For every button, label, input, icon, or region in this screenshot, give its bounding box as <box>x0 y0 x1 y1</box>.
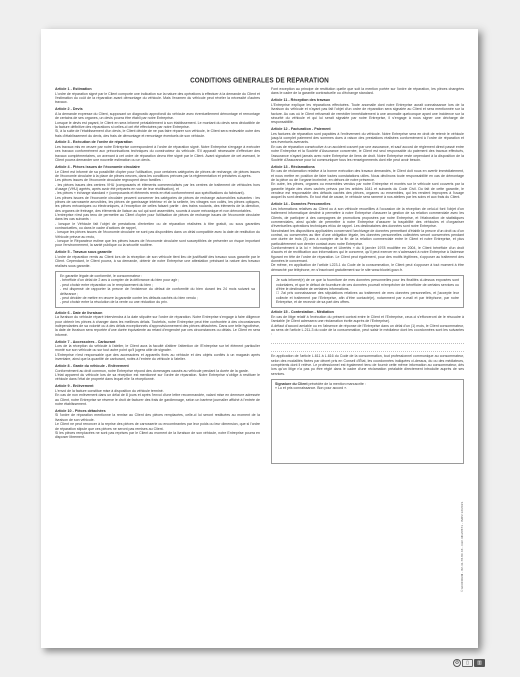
article-paragraph: Les travaux mis en œuvre par notre Entre… <box>55 145 260 162</box>
article-section: Article 11 - Réception des travauxL'Entr… <box>271 98 464 124</box>
left-column: Article 1 - EstimationL'ordre de réparat… <box>55 87 260 442</box>
article-section: Article 12 - Facturation - PaiementLes f… <box>271 127 464 162</box>
article-paragraph: L'état apparent du véhicule lors de sa r… <box>55 373 260 382</box>
article-paragraph: Lorsque le devis est payant, le Client e… <box>55 121 260 130</box>
article-paragraph: De même, en application de l'article L22… <box>271 263 464 272</box>
article-paragraph: L'ordre de réparation signé par le Clien… <box>55 92 260 105</box>
article-section: Article 7 - Accessoires - CarburantLors … <box>55 340 260 362</box>
article-section: Article 14 - Données PersonnellesLes inf… <box>271 202 464 272</box>
article-paragraph: A défaut d'accord amiable ou en l'absenc… <box>271 324 464 337</box>
document-page: CONDITIONS GENERALES DE REPARATION Artic… <box>41 29 478 648</box>
article-paragraph: En cas de réclamation relative à la bonn… <box>271 169 464 182</box>
form-reference: © EDIFORM - 82.41.78.80 43 - Réf. M12057… <box>460 502 464 592</box>
article-paragraph: En cas de réparation consécutive à un ac… <box>271 145 464 162</box>
mediator-fill-line[interactable] <box>271 345 464 352</box>
article-paragraph: Les informations relatives au Client ou … <box>271 207 464 229</box>
box-line: - peut choisir entre la résolution de la… <box>60 300 255 304</box>
article-section: Font exception au principe de restitutio… <box>271 87 464 96</box>
article-paragraph: Nonobstant les dispositions applicables … <box>271 229 464 246</box>
article-section: Article 1 - EstimationL'ordre de réparat… <box>55 87 260 105</box>
right-column: Font exception au principe de restitutio… <box>271 87 464 464</box>
article-section: Article 4 - Pièces issues de l'économie … <box>55 165 260 248</box>
paper-icon: ▯ <box>462 659 473 667</box>
signature-box[interactable]: Signature du Client précédée de la menti… <box>271 379 464 464</box>
article-section: Article 2 - DevisA la demande expresse d… <box>55 107 260 138</box>
article-paragraph: L'Entreprise n'est responsable que des a… <box>55 353 260 362</box>
article-paragraph: La livraison du véhicule réparé intervie… <box>55 315 260 337</box>
page-title: CONDITIONS GENERALES DE REPARATION <box>41 76 478 84</box>
article-section: Article 15 - Contestation - MédiationEn … <box>271 310 464 351</box>
article-paragraph: - lorsque les pièces issues de l'économi… <box>55 230 260 239</box>
signature-label-rest: précédée de la mention manuscrite : <box>308 382 366 386</box>
article-paragraph: - les pièces issues des centres VHU (com… <box>55 183 260 192</box>
article-paragraph: Si les pièces remplacées ne sont pas rep… <box>55 431 260 440</box>
article-paragraph: Si l'ordre de réparation mentionne la re… <box>55 413 260 422</box>
mediator-fill-line[interactable] <box>271 337 464 344</box>
article-paragraph: A la demande expresse du Client, supposa… <box>55 112 260 121</box>
box-line: - est dispensé de rapporter la preuve de… <box>60 287 255 296</box>
article-paragraph: Le Client est informé de sa possibilité … <box>55 170 260 179</box>
info-box: Je suis informé(e) de ce que la fournitu… <box>271 275 464 308</box>
signature-label-bold: Signature du Client <box>275 382 308 386</box>
article-section: Article 8 - Garde du véhicule - Enlèveme… <box>55 364 260 382</box>
trash-bin-icon: ▥ <box>474 659 485 667</box>
article-paragraph: En cas de litige relatif à l'exécution d… <box>271 315 464 324</box>
article-paragraph: Les pièces issues de l'économie circulai… <box>55 196 260 213</box>
article-paragraph: En application de l'article L.611 à L.61… <box>271 354 464 376</box>
article-section: Article 5 - Travaux sous garantieL'ordre… <box>55 250 260 268</box>
article-paragraph: Font exception au principe de restitutio… <box>271 87 464 96</box>
article-paragraph: Si, à la suite de l'établissement d'un d… <box>55 129 260 138</box>
box-line: Je suis informé(e) de ce que la fournitu… <box>276 278 459 291</box>
article-paragraph: Lors de la réception du véhicule à l'ate… <box>55 344 260 353</box>
recycle-icon: ♻ <box>453 659 461 667</box>
article-paragraph: L'ordre de réparation remis au Client lo… <box>55 255 260 268</box>
article-paragraph: L'Entreprise explique les réparations ef… <box>271 103 464 125</box>
article-section: Article 6 - Date de livraisonLa livraiso… <box>55 311 260 337</box>
box-line: ☐ J'ai pris connaissance des stipulation… <box>276 291 459 304</box>
article-paragraph: En cas de non enlèvement dans un délai d… <box>55 393 260 406</box>
article-paragraph: - lorsque le Véhicule fait l'objet de pr… <box>55 222 260 231</box>
article-paragraph: - lorsque le Réparateur estime que les p… <box>55 239 260 248</box>
article-paragraph: Conformément à la loi « Informatique et … <box>271 246 464 263</box>
info-box: En garantie légale de conformité, le con… <box>55 271 260 308</box>
article-section: En application de l'article L.611 à L.61… <box>271 354 464 376</box>
article-section: Article 10 - Pièces détachéesSi l'ordre … <box>55 409 260 440</box>
article-section: Article 9 - EnlèvementL'envoi de la fact… <box>55 384 260 406</box>
article-paragraph: En outre, les pièces, organes ou ensembl… <box>271 182 464 199</box>
article-paragraph: Les factures de réparation sont payables… <box>271 132 464 145</box>
eco-logos: ♻ ▯ ▥ <box>453 659 485 667</box>
article-paragraph: Le Client ne peut renoncer à la reprise … <box>55 422 260 431</box>
article-section: Article 3 - Exécution de l'ordre de répa… <box>55 140 260 162</box>
signature-mention: « Lu et pris connaissance. Bon pour acco… <box>275 386 460 390</box>
article-section: Article 13 - RéclamationsEn cas de récla… <box>271 165 464 200</box>
article-paragraph: L'entreprise n'est pas tenu de permettre… <box>55 213 260 222</box>
